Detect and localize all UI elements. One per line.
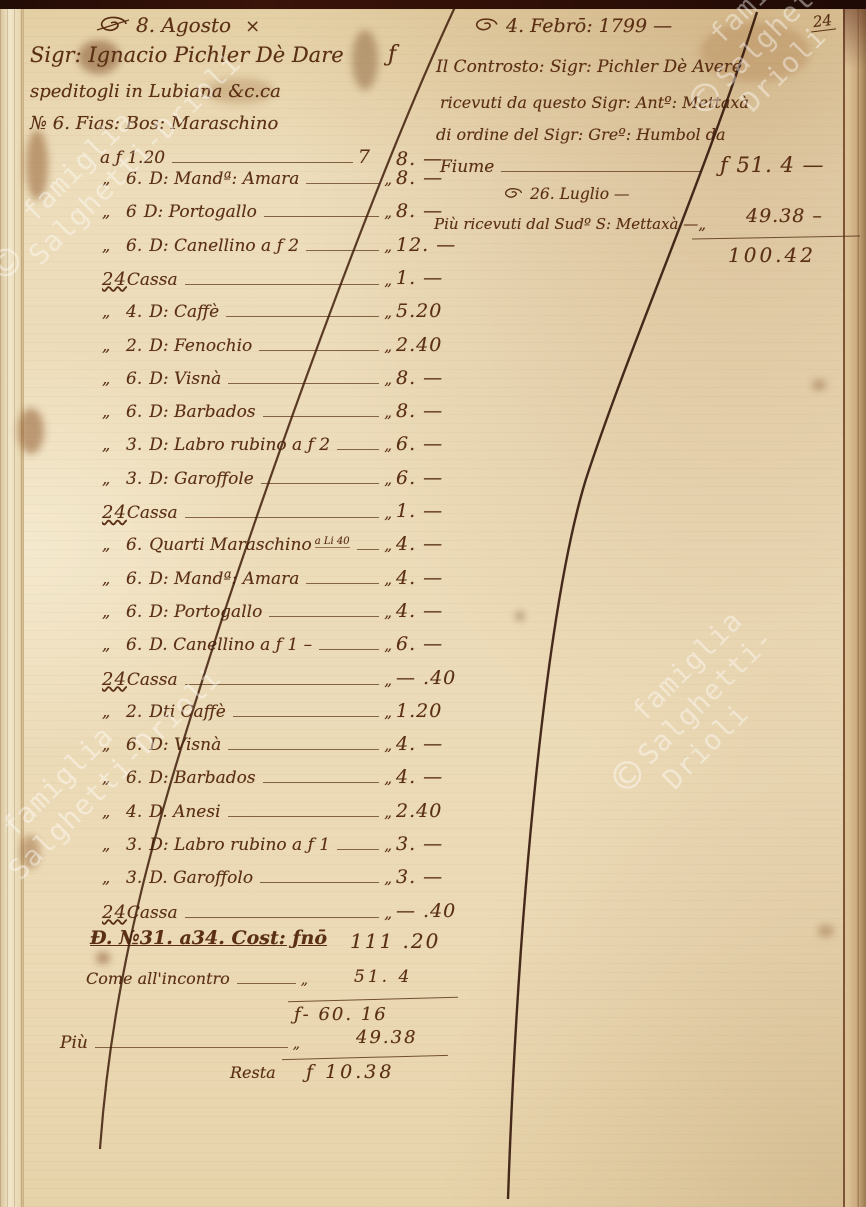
ledger-item-row: „3.D. Garoffolo„3. — bbox=[102, 868, 392, 888]
quantity: 2. bbox=[126, 702, 142, 722]
ditto-mark: „ bbox=[384, 803, 392, 821]
item-label: D: Visnà bbox=[149, 369, 221, 389]
fiume-row: Fiume bbox=[440, 157, 706, 177]
amount-value: 3. — bbox=[396, 833, 482, 855]
page-number: 24 bbox=[809, 11, 836, 33]
right-line2: ricevuti da questo Sigr: Antº: Mettaxà bbox=[440, 93, 749, 112]
ditto-mark: „ bbox=[102, 236, 126, 255]
ledger-item-row: „6.Quarti Maraschinoa Li 40„4. — bbox=[102, 535, 392, 555]
ditto-mark: „ bbox=[102, 369, 126, 388]
dash-rule bbox=[337, 849, 379, 850]
page-edge-right bbox=[843, 9, 866, 1207]
ditto-mark: „ bbox=[102, 302, 126, 321]
item-label: Dti Caffè bbox=[149, 702, 226, 722]
amount-value: — .40 bbox=[396, 667, 482, 689]
ditto-mark: „ bbox=[384, 436, 392, 454]
dash-rule bbox=[259, 350, 379, 351]
amount-value: 12. — bbox=[396, 234, 482, 256]
ditto-mark: „ bbox=[384, 237, 392, 255]
item-label: Cassa bbox=[127, 670, 178, 690]
items: „6.D: Mandª: Amara„8. —„6D: Portogallo„8… bbox=[24, 9, 843, 1207]
right-line1: Il Controsto: Sigr: Pichler Dè Avere bbox=[436, 57, 742, 77]
ledger-item-row: „6.D: Mandª: Amara„8. — bbox=[102, 169, 392, 189]
item-label: Quarti Maraschinoa Li 40 bbox=[149, 535, 349, 555]
resta-label: Resta bbox=[230, 1063, 276, 1082]
ditto-mark: „ bbox=[384, 570, 392, 588]
quantity: 6 bbox=[126, 202, 137, 222]
ledger-item-row: „3.D: Labro rubino a ƒ 1„3. — bbox=[102, 835, 392, 855]
ditto-mark: „ bbox=[384, 904, 392, 922]
dash-rule bbox=[337, 449, 379, 450]
dash-rule bbox=[185, 684, 380, 685]
dash-rule bbox=[263, 782, 380, 783]
dash-rule bbox=[95, 1047, 288, 1048]
amount-value: 2.40 bbox=[396, 800, 482, 822]
dash-rule bbox=[269, 616, 379, 617]
ditto-mark: „ bbox=[384, 703, 392, 721]
quantity: 6. bbox=[126, 635, 142, 655]
amount-value: 5.20 bbox=[396, 300, 482, 322]
amount-value: 4. — bbox=[396, 600, 482, 622]
ditto-mark: „ bbox=[102, 402, 126, 421]
item-label: Cassa bbox=[127, 903, 178, 923]
resta-value: ƒ 10.38 bbox=[306, 1061, 394, 1083]
dash-rule bbox=[501, 171, 701, 172]
ledger-item-row: „6.D: Portogallo„4. — bbox=[102, 602, 392, 622]
dash-rule bbox=[306, 583, 379, 584]
flourish-icon bbox=[502, 186, 524, 204]
dash-rule bbox=[264, 216, 379, 217]
counter-row: Come all'incontro „ bbox=[86, 969, 308, 989]
ledger-item-row: „6D: Portogallo„8. — bbox=[102, 202, 392, 222]
right-date2: 26. Luglio — bbox=[530, 185, 629, 203]
item-label: Cassa bbox=[127, 503, 178, 523]
quantity: 6. bbox=[126, 569, 142, 589]
ditto-mark: „ bbox=[102, 635, 126, 654]
dash-rule bbox=[185, 917, 380, 918]
ditto-mark: „ bbox=[384, 869, 392, 887]
amount-value: 4. — bbox=[396, 733, 482, 755]
ledger-item-row: 24Cassa„1. — bbox=[102, 502, 392, 523]
ditto-mark: „ bbox=[384, 170, 392, 188]
item-label: D. Garoffolo bbox=[149, 868, 253, 888]
quantity: 6. bbox=[126, 402, 142, 422]
ditto-mark: „ bbox=[102, 735, 126, 754]
manuscript-photo: 8. Agosto× Sigr: Ignacio Pichler Dè Dare… bbox=[0, 0, 866, 1207]
item-label: D: Barbados bbox=[149, 402, 255, 422]
ditto-mark: „ bbox=[102, 702, 126, 721]
quantity: 6. bbox=[126, 768, 142, 788]
quantity: 4. bbox=[126, 802, 142, 822]
amount-value: 8. — bbox=[396, 400, 482, 422]
dash-rule bbox=[185, 517, 380, 518]
dash-rule bbox=[237, 983, 296, 984]
ledger-item-row: „4.D. Anesi„2.40 bbox=[102, 802, 392, 822]
item-label: D: Labro rubino a ƒ 2 bbox=[149, 435, 330, 455]
dash-rule bbox=[357, 549, 380, 550]
ditto-mark: „ bbox=[102, 435, 126, 454]
ledger-item-row: „3.D: Labro rubino a ƒ 2„6. — bbox=[102, 435, 392, 455]
ledger-item-row: „6.D: Barbados„8. — bbox=[102, 402, 392, 422]
dash-rule bbox=[233, 716, 379, 717]
amount-value: — .40 bbox=[396, 900, 482, 922]
item-label: D: Portogallo bbox=[149, 602, 262, 622]
ditto-mark: „ bbox=[102, 169, 126, 188]
amount-value: 4. — bbox=[396, 567, 482, 589]
ledger-item-row: 24Cassa„1. — bbox=[102, 269, 392, 290]
ditto-mark: „ bbox=[102, 469, 126, 488]
right-piu-line: Più ricevuti dal Sudº S: Mettaxà —„ bbox=[434, 215, 706, 233]
right-piu-value: 49.38 – bbox=[746, 205, 823, 227]
item-label: D: Portogallo bbox=[144, 202, 257, 222]
ditto-mark: „ bbox=[384, 370, 392, 388]
ditto-mark: „ bbox=[384, 303, 392, 321]
item-label: D: Visnà bbox=[149, 735, 221, 755]
quantity: 6. bbox=[126, 602, 142, 622]
right-date2-line: 26. Luglio — bbox=[502, 185, 629, 204]
ditto-mark: „ bbox=[384, 736, 392, 754]
ditto-mark: „ bbox=[384, 536, 392, 554]
counter-label: Come all'incontro bbox=[86, 969, 230, 988]
ledger-item-row: „6.D: Visnà„4. — bbox=[102, 735, 392, 755]
ditto-mark: „ bbox=[384, 836, 392, 854]
quantity: 3. bbox=[126, 435, 142, 455]
quantity: 3. bbox=[126, 868, 142, 888]
ledger-item-row: „2.D: Fenochio„2.40 bbox=[102, 336, 392, 356]
ditto-mark: „ bbox=[293, 1036, 300, 1052]
item-label: D: Fenochio bbox=[149, 336, 252, 356]
dash-rule bbox=[260, 882, 379, 883]
ditto-mark: „ bbox=[384, 403, 392, 421]
ditto-mark: „ bbox=[384, 504, 392, 522]
quantity: 3. bbox=[126, 835, 142, 855]
counter-value: 51. 4 bbox=[354, 967, 412, 987]
fiume-value: ƒ 51. 4 — bbox=[720, 153, 825, 177]
quantity: 6. bbox=[126, 535, 142, 555]
amount-value: 3. — bbox=[396, 866, 482, 888]
ledger-item-row: „6.D: Visnà„8. — bbox=[102, 369, 392, 389]
ditto-mark: „ bbox=[384, 636, 392, 654]
ditto-mark: „ bbox=[102, 602, 126, 621]
ditto-mark: „ bbox=[384, 470, 392, 488]
ditto-mark: „ bbox=[384, 671, 392, 689]
quantity: 2. bbox=[126, 336, 142, 356]
total-value: 111 .20 bbox=[350, 929, 440, 953]
dash-rule bbox=[228, 816, 380, 817]
ledger-item-row: 24Cassa„— .40 bbox=[102, 902, 392, 923]
flourish-icon bbox=[472, 16, 500, 38]
dash-rule bbox=[228, 383, 379, 384]
amount-value: 1. — bbox=[396, 500, 482, 522]
sum-value: ƒ- 60. 16 bbox=[294, 1004, 388, 1025]
ditto-mark: „ bbox=[384, 271, 392, 289]
ledger-item-row: „2.Dti Caffè„1.20 bbox=[102, 702, 392, 722]
dash-rule bbox=[306, 183, 379, 184]
amount-value: 1. — bbox=[396, 267, 482, 289]
quantity: 4. bbox=[126, 302, 142, 322]
ditto-mark: „ bbox=[102, 835, 126, 854]
item-label: D: Barbados bbox=[149, 768, 255, 788]
ditto-mark: „ bbox=[102, 535, 126, 554]
item-label: D: Labro rubino a ƒ 1 bbox=[149, 835, 330, 855]
cassa-count: 24 bbox=[102, 502, 127, 523]
amount-value: 4. — bbox=[396, 533, 482, 555]
ledger-page: 8. Agosto× Sigr: Ignacio Pichler Dè Dare… bbox=[24, 9, 843, 1207]
ditto-mark: „ bbox=[301, 972, 308, 988]
quantity: 6. bbox=[126, 735, 142, 755]
right-line3: di ordine del Sigr: Greº: Humbol da bbox=[436, 125, 726, 144]
dash-rule bbox=[185, 284, 380, 285]
dash-rule bbox=[226, 316, 379, 317]
ditto-mark: „ bbox=[102, 202, 126, 221]
cassa-count: 24 bbox=[102, 902, 127, 923]
page-edge-left bbox=[0, 9, 24, 1207]
cassa-count: 24 bbox=[102, 669, 127, 690]
amount-value: 1.20 bbox=[396, 700, 482, 722]
item-label: D: Mandª: Amara bbox=[149, 169, 299, 189]
ditto-mark: „ bbox=[102, 768, 126, 787]
dash-rule bbox=[261, 483, 379, 484]
ledger-item-row: „3.D: Garoffole„6. — bbox=[102, 469, 392, 489]
ledger-item-row: „6.D: Barbados„4. — bbox=[102, 768, 392, 788]
ditto-mark: „ bbox=[384, 603, 392, 621]
amount-value: 6. — bbox=[396, 633, 482, 655]
total-label: Ð. №31. a34. Cost: ƒnō bbox=[90, 927, 327, 949]
amount-value: 2.40 bbox=[396, 334, 482, 356]
right-total-value: 100.42 bbox=[728, 243, 816, 267]
ditto-mark: „ bbox=[384, 337, 392, 355]
quantity: 6. bbox=[126, 369, 142, 389]
binding-edge-top bbox=[0, 0, 866, 9]
quantity: 3. bbox=[126, 469, 142, 489]
piu-value: 49.38 bbox=[356, 1027, 418, 1048]
ledger-item-row: 24Cassa„— .40 bbox=[102, 669, 392, 690]
dash-rule bbox=[228, 749, 379, 750]
fiume-label: Fiume bbox=[440, 157, 494, 177]
item-label: D: Canellino a ƒ 2 bbox=[149, 236, 299, 256]
right-date: 4. Febrō: 1799 — bbox=[506, 15, 672, 37]
dash-rule bbox=[306, 250, 379, 251]
item-label: D: Mandª: Amara bbox=[149, 569, 299, 589]
ledger-item-row: „4.D: Caffè„5.20 bbox=[102, 302, 392, 322]
ledger-item-row: „6.D: Canellino a ƒ 2„12. — bbox=[102, 236, 392, 256]
amount-value: 6. — bbox=[396, 433, 482, 455]
quantity: 6. bbox=[126, 169, 142, 189]
ditto-mark: „ bbox=[102, 868, 126, 887]
amount-value: 4. — bbox=[396, 766, 482, 788]
item-label: D: Garoffole bbox=[149, 469, 254, 489]
item-label: D. Anesi bbox=[149, 802, 220, 822]
piu-label: Più bbox=[60, 1033, 88, 1053]
amount-value: 6. — bbox=[396, 467, 482, 489]
quantity: 6. bbox=[126, 236, 142, 256]
amount-value: 8. — bbox=[396, 367, 482, 389]
item-label: D. Canellino a ƒ 1 – bbox=[149, 635, 312, 655]
ledger-item-row: „6.D: Mandª: Amara„4. — bbox=[102, 569, 392, 589]
right-date-line: 4. Febrō: 1799 — bbox=[472, 15, 672, 38]
ditto-mark: „ bbox=[384, 769, 392, 787]
ledger-item-row: „6.D. Canellino a ƒ 1 –„6. — bbox=[102, 635, 392, 655]
piu-row: Più „ bbox=[60, 1033, 300, 1053]
ditto-mark: „ bbox=[102, 569, 126, 588]
ditto-mark: „ bbox=[102, 336, 126, 355]
dash-rule bbox=[319, 649, 379, 650]
dash-rule bbox=[263, 416, 380, 417]
item-note: a Li 40 bbox=[315, 536, 350, 548]
ditto-mark: „ bbox=[102, 802, 126, 821]
cassa-count: 24 bbox=[102, 269, 127, 290]
item-label: Cassa bbox=[127, 270, 178, 290]
item-label: D: Caffè bbox=[149, 302, 219, 322]
ditto-mark: „ bbox=[384, 203, 392, 221]
